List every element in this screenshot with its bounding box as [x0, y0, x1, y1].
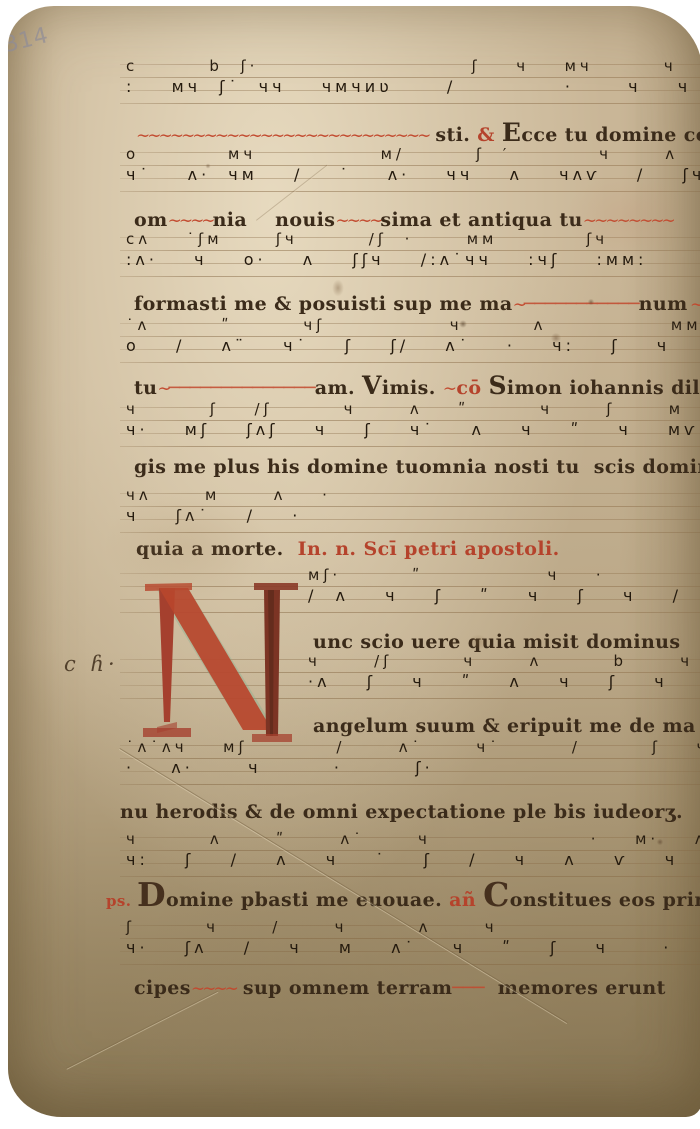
red-filler-mark: ∼∼∼∼∼∼∼∼∼∼∼∼∼∼∼∼∼∼∼∼∼∼∼∼∼∼ [136, 126, 428, 146]
neume-row-upper: c b ʃ· ʃ ч мч ч b [126, 57, 700, 75]
text-line: ps. Domine pbasti me euouae. añ Constitu… [106, 882, 700, 910]
text-line: nu herodis & de omni expectatione ple bi… [120, 799, 683, 827]
staff-line [120, 964, 700, 965]
neume-row-upper: мʃ· ʺ ч · ч· [308, 566, 700, 584]
lyric-segment: nia nouis [213, 209, 336, 231]
rubric-segment: cō [456, 377, 488, 399]
lyric-segment: imis. [382, 377, 443, 399]
red-filler-mark: ∼∼∼∼ [335, 211, 380, 231]
text-line: ∼∼∼∼∼∼∼∼∼∼∼∼∼∼∼∼∼∼∼∼∼∼∼∼∼∼ sti. & Ecce t… [136, 120, 700, 148]
lyric-segment: formasti me & posuisti sup me ma [134, 293, 513, 315]
neume-row-lower: ч: ʃ / ʌ ч ˙ ʃ / ч ʌ ѵ ч ʃ ·ʌ· [126, 850, 700, 869]
red-filler-mark: ∼ [688, 295, 700, 315]
music-system: cʌ ˙ʃм ʃч /ʃ · мм ʃч /ч:ʌ· ч o· ʌ ʃʃч /:… [8, 237, 700, 297]
lyric-segment: angelum suum & eripuit me de ma [313, 715, 696, 737]
text-line: gis me plus his domine tuomnia nosti tu … [134, 454, 700, 482]
red-filler-mark: ─── [452, 977, 483, 999]
lyric-segment: tu [134, 377, 157, 399]
lyric-segment: om [134, 209, 168, 231]
lyric-segment: cipes [134, 977, 191, 999]
lyric-segment: am. [315, 377, 362, 399]
lyric-segment: num [639, 293, 688, 315]
staff-line [120, 876, 700, 877]
neume-row-upper: cʌ ˙ʃм ʃч /ʃ · мм ʃч /ч [126, 230, 700, 248]
staff-line [120, 191, 700, 192]
lyric-segment: quia a morte. [136, 538, 298, 560]
red-filler-mark: ∼ [157, 379, 168, 399]
neume-row-lower: ч ʃʌ˙ / · [126, 506, 700, 525]
neume-row-lower: o / ʌ¨ ч˙ ʃ ʃ/ ʌ˙ · ч: ʃ ч ѵ ч ʃʌ [126, 336, 700, 355]
lyric-segment: gis me plus his domine tuomnia nosti tu … [134, 456, 700, 478]
neume-row-upper: ч ʃ /ʃ ч ʌ ʺ ч ʃ м [126, 400, 700, 418]
lyric-segment: D [137, 875, 166, 914]
lyric-segment: S [488, 371, 506, 400]
text-line: formasti me & posuisti sup me ma∼───────… [134, 291, 700, 319]
neume-row-lower: ч· ʃʌ / ч м ʌ˙ ч ʺ ʃ ч · [126, 938, 700, 957]
lyric-segment: V [362, 371, 382, 400]
lyric-segment: nu herodis & de omni expectatione ple bi… [120, 801, 683, 823]
lyric-segment: unc scio uere quia misit dominus [313, 631, 680, 653]
staff-line [120, 446, 700, 447]
neume-row-lower: ·ʌ ʃ ч ʺ ʌ ч ʃ ч / ʌ · [308, 672, 700, 691]
neume-row-lower: · ʌ· ч · ʃ· [126, 758, 700, 777]
lyric-segment: omine pbasti me euouae. [166, 889, 449, 911]
rubric-segment: In. n. Scī petri apostoli. [298, 538, 560, 560]
red-filler-mark: ∼∼∼∼ [168, 211, 213, 231]
music-system: мʃ· ʺ ч · ч·/ ʌ ч ʃ ʺ ч ʃ ч / b· [8, 573, 700, 633]
red-filler-mark: ∼∼∼∼∼∼∼∼ [583, 211, 673, 231]
red-filler-mark: ─────────── [524, 293, 639, 315]
lyric-segment: memores erunt [484, 977, 666, 999]
red-filler-mark: ────────────── [169, 377, 315, 399]
red-filler-mark: ∼ [513, 295, 524, 315]
manuscript-page: 314 c ɦ· c b ʃ· ʃ ч мч ч b: мч ʃ˙ чч чмч… [8, 6, 700, 1117]
lyric-segment: cce tu domine cognouisti [521, 124, 700, 146]
staff-line [120, 362, 700, 363]
neume-row-lower: / ʌ ч ʃ ʺ ч ʃ ч / b· [308, 586, 700, 605]
staff-line [120, 784, 700, 785]
neume-row-upper: ч ʌ ʺ ʌ˙ ч · м· ʌ [126, 830, 700, 848]
text-line: quia a morte. In. n. Scī petri apostoli. [136, 536, 560, 564]
neume-row-lower: ч· мʃ ʃʌʃ ч ʃ ч˙ ʌ ч ʺ ч мѵм/ [126, 420, 700, 439]
staff-line [120, 103, 700, 104]
neume-row-lower: :ʌ· ч o· ʌ ʃʃч /:ʌ˙чч :чʃ :мм: /чʃ чѵ [126, 250, 700, 269]
text-line: cipes∼∼∼∼ sup omnem terram─── memores er… [134, 975, 666, 1003]
initial-N-drop-cap [142, 576, 304, 756]
music-system: c b ʃ· ʃ ч мч ч b: мч ʃ˙ чч чмчиʋ / · ч … [8, 64, 700, 124]
staff-line [120, 276, 700, 277]
neume-row-upper: чʌ м ʌ · [126, 486, 700, 504]
neume-row-lower: : мч ʃ˙ чч чмчиʋ / · ч ч ʃ: м ʃʃ· [126, 77, 700, 96]
lyric-segment: sup omnem terram [236, 977, 453, 999]
neume-row-upper: ч /ʃ ч ʌ b ч ʃ· [308, 652, 700, 670]
lyric-segment: sti. [428, 124, 477, 146]
music-system: ˙ʌ˙ʌч мʃ / ʌ˙ ч˙ / ʃ чʌч· ʌ· ч · ʃ· [8, 745, 700, 805]
neume-row-upper: ˙ʌ ʺ чʃ ч ʌ мм [126, 316, 700, 334]
neume-row-lower: ч˙ ʌ· чм / ˙ ʌ· чч ʌ чʌѵ / ʃч ч м ʌ˙ м [126, 165, 700, 184]
red-filler-mark: ∼∼∼∼ [191, 979, 236, 999]
staff-line [120, 532, 700, 533]
lyric-segment: C [483, 875, 510, 914]
neume-row-upper: ʃ ч / ч ʌ ч [126, 918, 700, 936]
text-line: angelum suum & eripuit me de ma [313, 713, 696, 741]
rubric-segment: añ [449, 889, 483, 911]
music-system: o мч м/ ʃ ′ ч ʌ ʃ ʃ:ч˙ ʌ· чм / ˙ ʌ· чч ʌ… [8, 152, 700, 212]
text-line: tu∼──────────────am. Vimis. ∼ cō Simon i… [134, 373, 700, 401]
lyric-segment: imon iohannis dili [507, 377, 700, 399]
lyric-segment: E [502, 118, 521, 147]
red-filler-mark: ∼ [443, 379, 457, 399]
rubric-segment: & [477, 124, 502, 146]
music-system: ч /ʃ ч ʌ b ч ʃ··ʌ ʃ ч ʺ ʌ ч ʃ ч / ʌ · [8, 659, 700, 719]
neume-row-upper: o мч м/ ʃ ′ ч ʌ ʃ ʃ: [126, 145, 700, 163]
folio-number: 314 [8, 23, 51, 58]
lyric-segment: onstitues eos prin [510, 889, 700, 911]
lyric-segment: sima et antiqua tu [380, 209, 582, 231]
rubric-segment: ps. [106, 892, 137, 910]
